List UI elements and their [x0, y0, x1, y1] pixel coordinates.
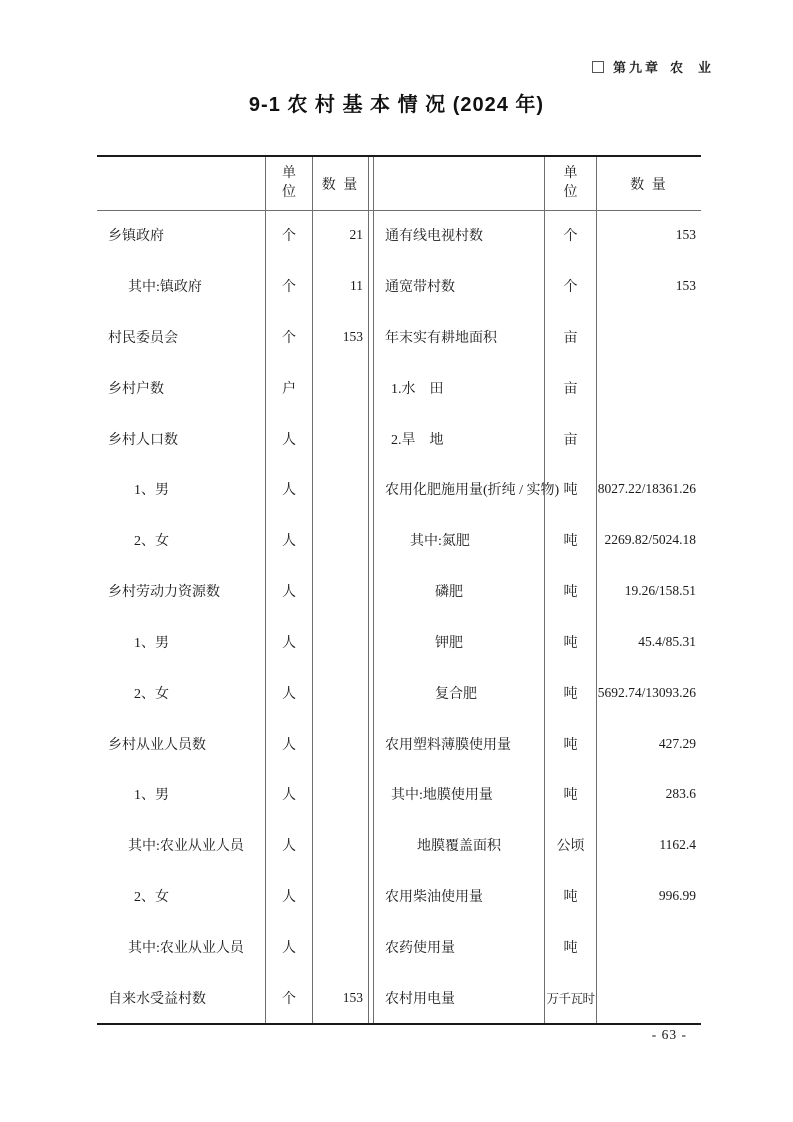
table-row: 通宽带村数个153: [374, 261, 701, 312]
row-indicator-label: 地膜覆盖面积: [374, 820, 544, 871]
table-row: 乡村从业人员数人: [97, 718, 368, 769]
row-indicator-label: 1、男: [97, 617, 265, 668]
row-unit: 亩: [544, 362, 597, 413]
row-indicator-label: 复合肥: [374, 667, 544, 718]
row-value: [313, 921, 368, 972]
row-value: 996.99: [597, 871, 701, 922]
row-value: [313, 413, 368, 464]
table-left-half: 单 位 数 量 乡镇政府个21其中:镇政府个11村民委员会个153乡村户数户乡村…: [97, 157, 368, 1023]
row-indicator-label: 2.旱 地: [374, 413, 544, 464]
row-indicator-label: 其中:农业从业人员: [97, 921, 265, 972]
section-label: 农 业: [670, 57, 712, 76]
row-indicator-label: 乡镇政府: [97, 210, 265, 261]
table-row: 其中:农业从业人员人: [97, 820, 368, 871]
table-header-left: 单 位 数 量: [97, 157, 368, 210]
header-quantity-cell: 数 量: [313, 157, 368, 210]
table-row: 1、男人: [97, 769, 368, 820]
row-unit: 公顷: [544, 820, 597, 871]
table-row: 乡村人口数人: [97, 413, 368, 464]
row-unit: 个: [265, 312, 313, 363]
row-value: [313, 566, 368, 617]
header-unit-cell: 单 位: [544, 157, 597, 210]
statistics-table: 单 位 数 量 乡镇政府个21其中:镇政府个11村民委员会个153乡村户数户乡村…: [97, 155, 701, 1025]
table-row: 通有线电视村数个153: [374, 210, 701, 261]
table-row: 2、女人: [97, 871, 368, 922]
row-value: [313, 871, 368, 922]
row-unit: 人: [265, 921, 313, 972]
row-indicator-label: 农用塑料薄膜使用量: [374, 718, 544, 769]
row-value: [597, 972, 701, 1023]
row-value: [597, 921, 701, 972]
table-row: 钾肥吨45.4/85.31: [374, 617, 701, 668]
table-row: 乡村户数户: [97, 362, 368, 413]
table-row: 村民委员会个153: [97, 312, 368, 363]
row-unit: 吨: [544, 667, 597, 718]
row-value: [313, 464, 368, 515]
table-row: 农用化肥施用量(折纯 / 实物)吨8027.22/18361.26: [374, 464, 701, 515]
table-row: 自来水受益村数个153: [97, 972, 368, 1023]
row-unit: 个: [544, 261, 597, 312]
row-indicator-label: 乡村人口数: [97, 413, 265, 464]
row-value: [313, 769, 368, 820]
row-indicator-label: 其中:镇政府: [97, 261, 265, 312]
table-row: 其中:农业从业人员人: [97, 921, 368, 972]
table-header-right: 单 位 数 量: [374, 157, 701, 210]
row-unit: 人: [265, 871, 313, 922]
row-indicator-label: 村民委员会: [97, 312, 265, 363]
row-value: 2269.82/5024.18: [597, 515, 701, 566]
row-value: 283.6: [597, 769, 701, 820]
row-unit: 吨: [544, 769, 597, 820]
table-row: 农用塑料薄膜使用量吨427.29: [374, 718, 701, 769]
row-unit: 人: [265, 464, 313, 515]
row-value: [597, 312, 701, 363]
row-value: [313, 617, 368, 668]
row-indicator-label: 2、女: [97, 667, 265, 718]
row-unit: 万千瓦时: [544, 972, 597, 1023]
table-row: 1、男人: [97, 617, 368, 668]
table-row: 农药使用量吨: [374, 921, 701, 972]
row-unit: 人: [265, 617, 313, 668]
table-row: 年末实有耕地面积亩: [374, 312, 701, 363]
table-row: 其中:氮肥吨2269.82/5024.18: [374, 515, 701, 566]
table-row: 农用柴油使用量吨996.99: [374, 871, 701, 922]
page-title: 9-1 农 村 基 本 情 况 (2024 年): [0, 88, 793, 117]
row-value: 1162.4: [597, 820, 701, 871]
row-unit: 吨: [544, 464, 597, 515]
table-row: 地膜覆盖面积公顷1162.4: [374, 820, 701, 871]
row-value: 11: [313, 261, 368, 312]
row-value: [597, 413, 701, 464]
row-indicator-label: 乡村户数: [97, 362, 265, 413]
page-number: - 63 -: [652, 1027, 687, 1043]
row-value: 5692.74/13093.26: [597, 667, 701, 718]
row-indicator-label: 磷肥: [374, 566, 544, 617]
row-value: 427.29: [597, 718, 701, 769]
row-value: 153: [597, 210, 701, 261]
row-unit: 吨: [544, 566, 597, 617]
row-unit: 人: [265, 566, 313, 617]
row-value: 8027.22/18361.26: [597, 464, 701, 515]
table-row: 复合肥吨5692.74/13093.26: [374, 667, 701, 718]
row-unit: 个: [544, 210, 597, 261]
row-unit: 户: [265, 362, 313, 413]
running-head: 第九章 农 业: [592, 57, 712, 76]
row-value: 153: [597, 261, 701, 312]
row-indicator-label: 自来水受益村数: [97, 972, 265, 1023]
table-row: 其中:地膜使用量吨283.6: [374, 769, 701, 820]
row-indicator-label: 通有线电视村数: [374, 210, 544, 261]
row-indicator-label: 乡村从业人员数: [97, 718, 265, 769]
table-row: 其中:镇政府个11: [97, 261, 368, 312]
header-unit-top: 单: [282, 165, 296, 184]
table-row: 1、男人: [97, 464, 368, 515]
row-value: [597, 362, 701, 413]
row-unit: 吨: [544, 617, 597, 668]
row-unit: 人: [265, 820, 313, 871]
row-indicator-label: 农药使用量: [374, 921, 544, 972]
table-row: 磷肥吨19.26/158.51: [374, 566, 701, 617]
row-unit: 人: [265, 769, 313, 820]
table-row: 乡镇政府个21: [97, 210, 368, 261]
row-indicator-label: 1.水 田: [374, 362, 544, 413]
header-empty-cell: [374, 157, 544, 210]
row-unit: 亩: [544, 312, 597, 363]
row-indicator-label: 1、男: [97, 769, 265, 820]
row-indicator-label: 其中:农业从业人员: [97, 820, 265, 871]
row-unit: 吨: [544, 718, 597, 769]
table-row: 1.水 田亩: [374, 362, 701, 413]
header-unit-cell: 单 位: [265, 157, 313, 210]
table-row: 乡村劳动力资源数人: [97, 566, 368, 617]
row-unit: 个: [265, 261, 313, 312]
row-indicator-label: 年末实有耕地面积: [374, 312, 544, 363]
row-indicator-label: 其中:氮肥: [374, 515, 544, 566]
row-value: [313, 515, 368, 566]
chapter-label: 第九章: [613, 57, 661, 76]
row-indicator-label: 2、女: [97, 515, 265, 566]
header-empty-cell: [97, 157, 265, 210]
row-value: 153: [313, 972, 368, 1023]
row-value: [313, 718, 368, 769]
table-row: 2、女人: [97, 667, 368, 718]
row-value: [313, 362, 368, 413]
row-value: 21: [313, 210, 368, 261]
table-row: 农村用电量万千瓦时: [374, 972, 701, 1023]
row-indicator-label: 农用柴油使用量: [374, 871, 544, 922]
row-unit: 人: [265, 515, 313, 566]
row-value: 19.26/158.51: [597, 566, 701, 617]
row-value: 45.4/85.31: [597, 617, 701, 668]
row-unit: 个: [265, 210, 313, 261]
header-unit-bottom: 位: [282, 184, 296, 203]
table-right-half: 单 位 数 量 通有线电视村数个153通宽带村数个153年末实有耕地面积亩1.水…: [374, 157, 701, 1023]
row-indicator-label: 通宽带村数: [374, 261, 544, 312]
row-unit: 人: [265, 413, 313, 464]
row-unit: 人: [265, 667, 313, 718]
square-outline-icon: [592, 61, 604, 73]
row-unit: 人: [265, 718, 313, 769]
table-row: 2、女人: [97, 515, 368, 566]
row-unit: 个: [265, 972, 313, 1023]
row-unit: 吨: [544, 515, 597, 566]
row-value: [313, 667, 368, 718]
row-indicator-label: 其中:地膜使用量: [374, 769, 544, 820]
header-unit-top: 单: [564, 165, 578, 184]
row-indicator-label: 钾肥: [374, 617, 544, 668]
table-row: 2.旱 地亩: [374, 413, 701, 464]
document-page: 第九章 农 业 9-1 农 村 基 本 情 况 (2024 年) 单 位 数 量…: [0, 0, 793, 1122]
row-unit: 吨: [544, 921, 597, 972]
row-unit: 亩: [544, 413, 597, 464]
row-value: 153: [313, 312, 368, 363]
row-value: [313, 820, 368, 871]
header-quantity-cell: 数 量: [597, 157, 701, 210]
row-indicator-label: 农村用电量: [374, 972, 544, 1023]
row-indicator-label: 2、女: [97, 871, 265, 922]
row-unit: 吨: [544, 871, 597, 922]
header-unit-bottom: 位: [564, 184, 578, 203]
row-indicator-label: 1、男: [97, 464, 265, 515]
row-indicator-label: 乡村劳动力资源数: [97, 566, 265, 617]
row-indicator-label: 农用化肥施用量(折纯 / 实物): [374, 464, 544, 515]
